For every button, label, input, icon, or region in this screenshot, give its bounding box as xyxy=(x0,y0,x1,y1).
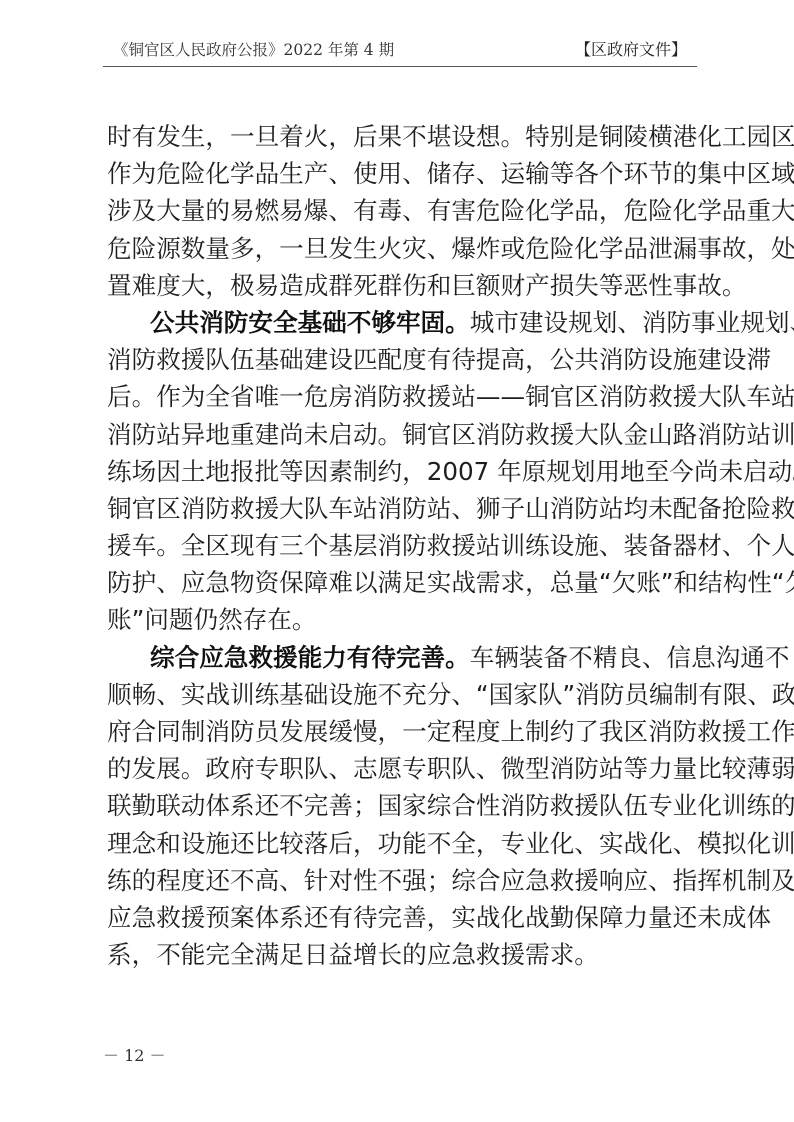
text-span: 城市建设规划、消防事业规划、 xyxy=(470,308,794,337)
text-line: 作为危险化学品生产、使用、储存、运输等各个环节的集中区域， xyxy=(107,155,695,192)
text-line: 消防站异地重建尚未启动。铜官区消防救援大队金山路消防站训 xyxy=(107,416,695,453)
header-divider xyxy=(103,66,697,67)
text-line: 援车。全区现有三个基层消防救援站训练设施、装备器材、个人 xyxy=(107,527,695,564)
text-line: 理念和设施还比较落后，功能不全，专业化、实战化、模拟化训 xyxy=(107,825,695,862)
paragraph-heading: 综合应急救援能力有待完善。 xyxy=(150,643,470,672)
text-line: 账”问题仍然存在。 xyxy=(107,601,695,638)
text-line: 消防救援队伍基础建设匹配度有待提高，公共消防设施建设滞 xyxy=(107,341,695,378)
text-line: 后。作为全省唯一危房消防救援站——铜官区消防救援大队车站 xyxy=(107,378,695,415)
document-body: 时有发生，一旦着火，后果不堪设想。特别是铜陵横港化工园区 作为危险化学品生产、使… xyxy=(107,118,695,973)
paragraph-public-fire-safety: 公共消防安全基础不够牢固。城市建设规划、消防事业规划、 消防救援队伍基础建设匹配… xyxy=(107,304,695,639)
paragraph-heading: 公共消防安全基础不够牢固。 xyxy=(150,308,470,337)
publication-title: 《铜官区人民政府公报》2022 年第 4 期 xyxy=(113,40,394,60)
running-header: 《铜官区人民政府公报》2022 年第 4 期 【区政府文件】 xyxy=(103,40,697,66)
text-line: 练的程度还不高、针对性不强；综合应急救援响应、指挥机制及 xyxy=(107,862,695,899)
text-line: 联勤联动体系还不完善；国家综合性消防救援队伍专业化训练的 xyxy=(107,787,695,824)
text-line: 公共消防安全基础不够牢固。城市建设规划、消防事业规划、 xyxy=(107,304,695,341)
text-span: 车辆装备不精良、信息沟通不 xyxy=(470,643,790,672)
text-line: 练场因土地报批等因素制约，2007 年原规划用地至今尚未启动。 xyxy=(107,453,695,490)
text-line: 系，不能完全满足日益增长的应急救援需求。 xyxy=(107,936,695,973)
text-line: 府合同制消防员发展缓慢，一定程度上制约了我区消防救援工作 xyxy=(107,713,695,750)
text-line: 顺畅、实战训练基础设施不充分、“国家队”消防员编制有限、政 xyxy=(107,676,695,713)
text-line: 置难度大，极易造成群死群伤和巨额财产损失等恶性事故。 xyxy=(107,267,695,304)
text-line: 的发展。政府专职队、志愿专职队、微型消防站等力量比较薄弱， xyxy=(107,750,695,787)
text-line: 铜官区消防救援大队车站消防站、狮子山消防站均未配备抢险救 xyxy=(107,490,695,527)
text-line: 危险源数量多，一旦发生火灾、爆炸或危险化学品泄漏事故，处 xyxy=(107,230,695,267)
text-line: 时有发生，一旦着火，后果不堪设想。特别是铜陵横港化工园区 xyxy=(107,118,695,155)
text-line: 涉及大量的易燃易爆、有毒、有害危险化学品，危险化学品重大 xyxy=(107,192,695,229)
text-line: 综合应急救援能力有待完善。车辆装备不精良、信息沟通不 xyxy=(107,639,695,676)
section-label: 【区政府文件】 xyxy=(575,40,687,60)
paragraph-emergency-rescue: 综合应急救援能力有待完善。车辆装备不精良、信息沟通不 顺畅、实战训练基础设施不充… xyxy=(107,639,695,974)
text-line: 应急救援预案体系还有待完善，实战化战勤保障力量还未成体 xyxy=(107,899,695,936)
page-number: － 12 － xyxy=(103,1043,166,1066)
text-line: 防护、应急物资保障难以满足实战需求，总量“欠账”和结构性“欠 xyxy=(107,564,695,601)
paragraph-hazard-continuation: 时有发生，一旦着火，后果不堪设想。特别是铜陵横港化工园区 作为危险化学品生产、使… xyxy=(107,118,695,304)
